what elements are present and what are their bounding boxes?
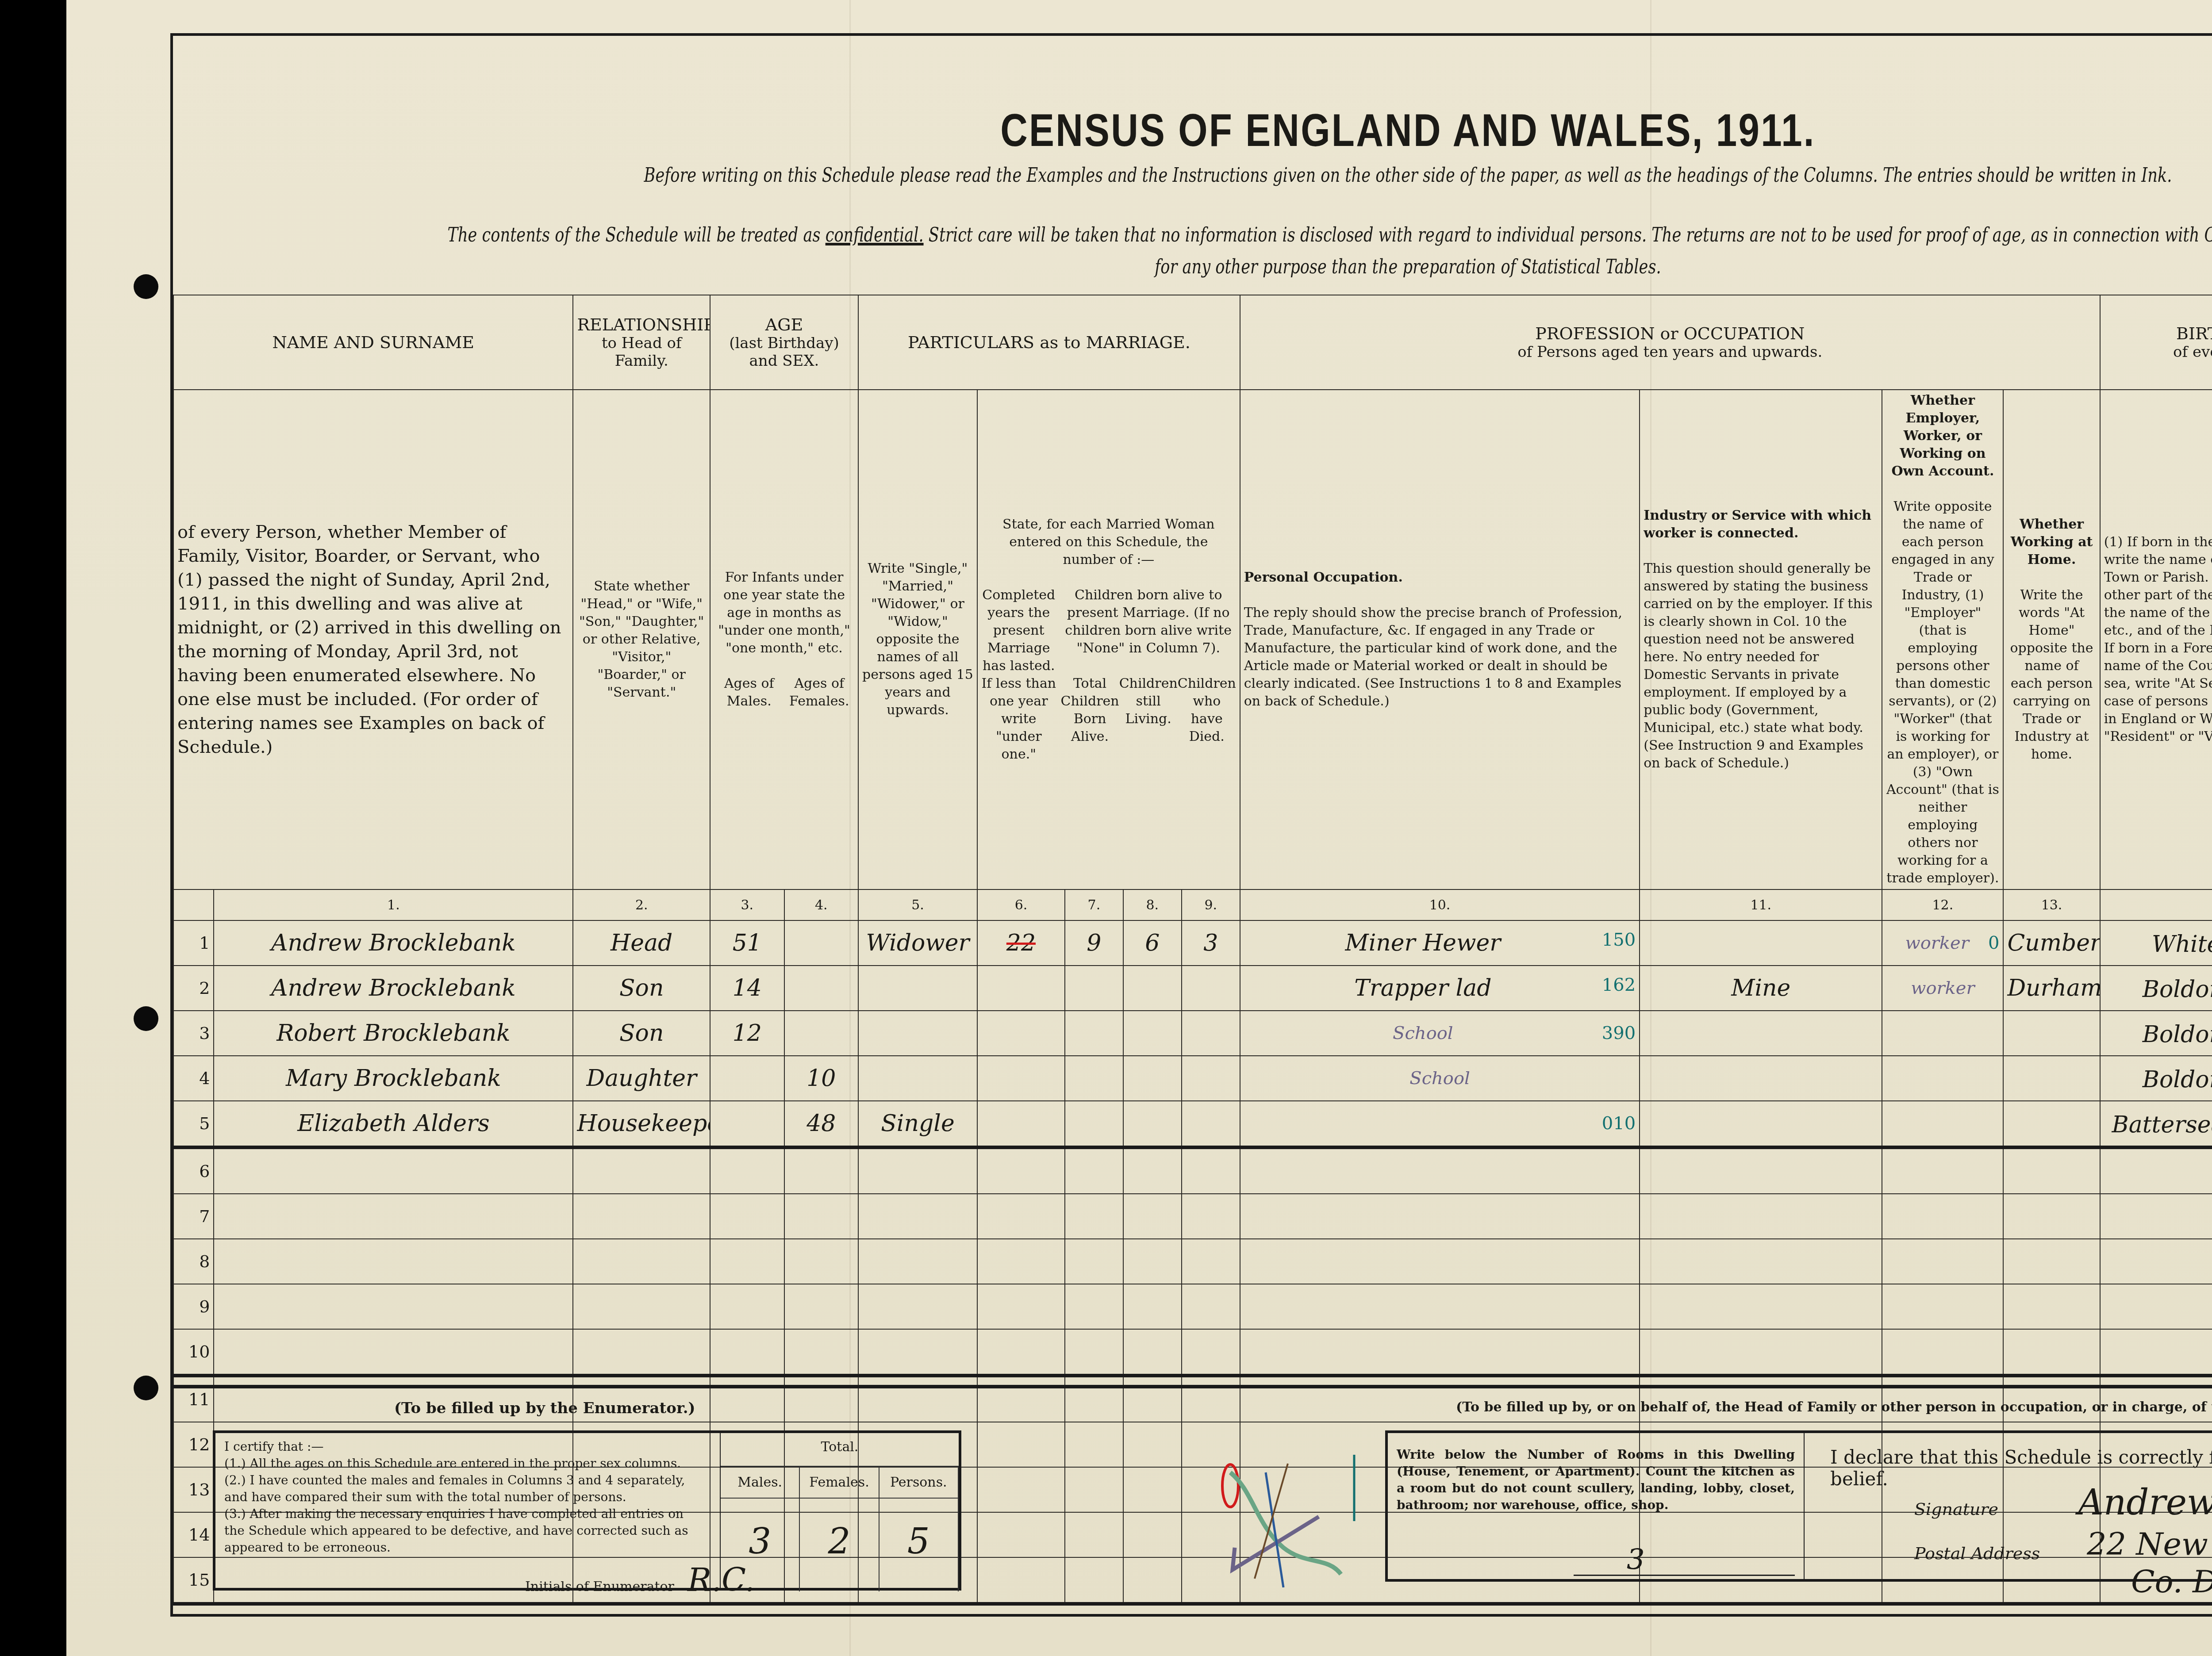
- cell-home: [2003, 1101, 2100, 1147]
- cell-age-m: [710, 1101, 784, 1147]
- header-marriage: PARTICULARS as to MARRIAGE.: [858, 295, 1240, 390]
- cell-born: [1065, 1147, 1123, 1194]
- row-number: 10: [173, 1329, 214, 1376]
- cell-name: [214, 1194, 573, 1239]
- cell-relationship: [573, 1329, 710, 1376]
- table-row: 8: [173, 1239, 2212, 1284]
- form-frame: CENSUS OF ENGLAND AND WALES, 1911. Befor…: [170, 33, 2212, 1617]
- punch-hole: [134, 1006, 158, 1031]
- cell-age-f: [784, 920, 858, 966]
- cell-age-m: 14: [710, 966, 784, 1011]
- cell-years: [977, 1239, 1065, 1284]
- cell-condition: Single: [858, 1101, 977, 1147]
- total-persons: 5: [879, 1499, 959, 1591]
- cell-died: [1182, 1011, 1240, 1056]
- instr-name: of every Person, whether Member of Famil…: [173, 390, 573, 889]
- row-number: 6: [173, 1147, 214, 1194]
- total-females: 2: [800, 1499, 879, 1591]
- cell-home: [2003, 1056, 2100, 1101]
- cell-died: [1182, 1329, 1240, 1376]
- total-males: 3: [721, 1499, 800, 1591]
- cell-died: [1182, 1239, 1240, 1284]
- cell-relationship: Son: [573, 1011, 710, 1056]
- enumerator-caption: (To be filled up by the Enumerator.): [394, 1399, 695, 1417]
- row-number: 9: [173, 1284, 214, 1329]
- cell-age-m: [710, 1239, 784, 1284]
- cell-occupation: 010: [1240, 1101, 1640, 1147]
- cell-born: [1065, 1194, 1123, 1239]
- instruction-line: Before writing on this Schedule please r…: [420, 164, 2212, 187]
- cell-name: Andrew Brocklebank: [214, 920, 573, 966]
- cell-age-m: 12: [710, 1011, 784, 1056]
- cell-occupation: [1240, 1239, 1640, 1284]
- instr-age: For Infants under one year state the age…: [710, 390, 858, 889]
- cell-condition: [858, 1147, 977, 1194]
- instr-relationship: State whether "Head," or "Wife," "Son," …: [573, 390, 710, 889]
- cell-living: [1123, 1101, 1182, 1147]
- rooms-value: 3: [1627, 1544, 1645, 1576]
- cell-name: Andrew Brocklebank: [214, 966, 573, 1011]
- cell-industry: [1640, 1239, 1882, 1284]
- cell-relationship: [573, 1194, 710, 1239]
- row-number: 7: [173, 1194, 214, 1239]
- cell-age-f: [784, 1194, 858, 1239]
- cell-industry: Mine: [1640, 966, 1882, 1011]
- punch-hole: [134, 274, 158, 299]
- cell-relationship: Son: [573, 966, 710, 1011]
- instr-home: Whether Working at Home.Write the words …: [2003, 390, 2100, 889]
- cell-condition: [858, 1329, 977, 1376]
- cell-name: [214, 1329, 573, 1376]
- cell-age-f: [784, 1284, 858, 1329]
- cell-home: Cumber: [2003, 920, 2100, 966]
- cell-home: Durham: [2003, 966, 2100, 1011]
- table-row: 6: [173, 1147, 2212, 1194]
- cell-name: Elizabeth Alders: [214, 1101, 573, 1147]
- cell-employer: worker: [1882, 966, 2003, 1011]
- cell-birthplace: Boldon Colliery: [2100, 1011, 2212, 1056]
- cell-industry: [1640, 1147, 1882, 1194]
- cell-condition: [858, 1239, 977, 1284]
- enumerator-box: I certify that :— (1.) All the ages on t…: [213, 1430, 961, 1591]
- cell-died: [1182, 1194, 1240, 1239]
- confidential-word: confidential.: [826, 224, 924, 246]
- cell-relationship: Head: [573, 920, 710, 966]
- cell-name: [214, 1239, 573, 1284]
- cell-employer: [1882, 1329, 2003, 1376]
- table-row: 1Andrew BrocklebankHead51Widower22963Min…: [173, 920, 2212, 966]
- signature-value: Andrew Brocklebank: [2078, 1482, 2212, 1523]
- cell-age-f: [784, 1239, 858, 1284]
- cell-birthplace: Battersea London170: [2100, 1101, 2212, 1147]
- row-number: 8: [173, 1239, 214, 1284]
- cell-age-m: [710, 1329, 784, 1376]
- cell-birthplace: [2100, 1194, 2212, 1239]
- cell-employer: [1882, 1284, 2003, 1329]
- page-title: CENSUS OF ENGLAND AND WALES, 1911.: [395, 104, 2212, 157]
- cell-birthplace: [2100, 1239, 2212, 1284]
- cell-birthplace: Boldon Colliery: [2100, 966, 2212, 1011]
- cell-born: [1065, 1011, 1123, 1056]
- cell-industry: [1640, 1284, 1882, 1329]
- cell-occupation: [1240, 1329, 1640, 1376]
- cell-age-m: [710, 1056, 784, 1101]
- table-row: 7: [173, 1194, 2212, 1239]
- rooms-section: Write below the Number of Rooms in this …: [1388, 1433, 1805, 1579]
- cell-living: [1123, 966, 1182, 1011]
- cell-living: [1123, 1194, 1182, 1239]
- checking-marks-icon: [1217, 1455, 1403, 1587]
- cell-relationship: [573, 1147, 710, 1194]
- cell-occupation: [1240, 1194, 1640, 1239]
- cell-birthplace: Boldon Colliery: [2100, 1056, 2212, 1101]
- cell-condition: [858, 966, 977, 1011]
- cell-occupation: [1240, 1284, 1640, 1329]
- cell-relationship: Housekeeper: [573, 1101, 710, 1147]
- cell-died: [1182, 1101, 1240, 1147]
- punch-hole: [134, 1376, 158, 1400]
- header-age: AGE(last Birthday) and SEX.: [710, 295, 858, 390]
- cell-years: [977, 1194, 1065, 1239]
- cell-years: [977, 1011, 1065, 1056]
- cell-birthplace: [2100, 1329, 2212, 1376]
- totals-box: Total. Males.Females.Persons. 325: [720, 1433, 959, 1588]
- row-number: 5: [173, 1101, 214, 1147]
- address-line2: Co. Durham.: [2131, 1564, 2212, 1600]
- cell-years: [977, 1284, 1065, 1329]
- cell-born: [1065, 1329, 1123, 1376]
- cell-name: [214, 1147, 573, 1194]
- cell-relationship: [573, 1284, 710, 1329]
- cell-age-f: [784, 1329, 858, 1376]
- cell-name: [214, 1284, 573, 1329]
- table-row: 10: [173, 1329, 2212, 1376]
- cell-relationship: Daughter: [573, 1056, 710, 1101]
- cell-birthplace: Whitehaven39: [2100, 920, 2212, 966]
- header-occupation: PROFESSION or OCCUPATIONof Persons aged …: [1240, 295, 2100, 390]
- cell-died: [1182, 1147, 1240, 1194]
- instr-condition: Write "Single," "Married," "Widower," or…: [858, 390, 977, 889]
- instr-industry: Industry or Service with which worker is…: [1640, 390, 1882, 889]
- cell-age-f: [784, 1011, 858, 1056]
- cell-living: [1123, 1147, 1182, 1194]
- cell-employer: [1882, 1147, 2003, 1194]
- cell-name: Robert Brocklebank: [214, 1011, 573, 1056]
- cell-home: [2003, 1284, 2100, 1329]
- cell-occupation: Miner Hewer150: [1240, 920, 1640, 966]
- cell-occupation: School: [1240, 1056, 1640, 1101]
- cell-years: [977, 1329, 1065, 1376]
- table-row: 5Elizabeth AldersHousekeeper48Single010B…: [173, 1101, 2212, 1147]
- household-caption: (To be filled up by, or on behalf of, th…: [1456, 1399, 2212, 1415]
- table-row: 4Mary BrocklebankDaughter10SchoolBoldon …: [173, 1056, 2212, 1101]
- declaration-section: I declare that this Schedule is correctl…: [1813, 1433, 2212, 1579]
- cell-died: [1182, 1056, 1240, 1101]
- instr-birthplace: (1) If born in the United Kingdom, write…: [2100, 390, 2212, 889]
- instr-married-woman: State, for each Married Woman entered on…: [977, 390, 1240, 889]
- cell-home: [2003, 1329, 2100, 1376]
- cell-living: [1123, 1011, 1182, 1056]
- cell-died: 3: [1182, 920, 1240, 966]
- row-number: 2: [173, 966, 214, 1011]
- cell-age-m: 51: [710, 920, 784, 966]
- cell-employer: [1882, 1101, 2003, 1147]
- cell-home: [2003, 1194, 2100, 1239]
- instr-employer: Whether Employer, Worker, or Working on …: [1882, 390, 2003, 889]
- address-line1: 22 New Street Boldon Colliery: [2087, 1526, 2212, 1562]
- cell-birthplace: [2100, 1147, 2212, 1194]
- cell-age-f: [784, 966, 858, 1011]
- cell-birthplace: [2100, 1284, 2212, 1329]
- bottom-section: (To be filled up by the Enumerator.) I c…: [173, 1385, 2212, 1623]
- cell-occupation: [1240, 1147, 1640, 1194]
- cell-employer: [1882, 1056, 2003, 1101]
- cell-home: [2003, 1239, 2100, 1284]
- cell-employer: worker0: [1882, 920, 2003, 966]
- cell-born: 9: [1065, 920, 1123, 966]
- cell-years: 22: [977, 920, 1065, 966]
- cell-born: [1065, 1239, 1123, 1284]
- cell-died: [1182, 966, 1240, 1011]
- cell-condition: [858, 1011, 977, 1056]
- cell-born: [1065, 1101, 1123, 1147]
- table-row: 2Andrew BrocklebankSon14Trapper lad162Mi…: [173, 966, 2212, 1011]
- cell-age-f: [784, 1147, 858, 1194]
- cell-born: [1065, 1056, 1123, 1101]
- cell-name: Mary Brocklebank: [214, 1056, 573, 1101]
- table-row: 3Robert BrocklebankSon12School390Boldon …: [173, 1011, 2212, 1056]
- cell-years: [977, 1147, 1065, 1194]
- cell-industry: [1640, 1011, 1882, 1056]
- cell-born: [1065, 1284, 1123, 1329]
- cell-age-f: 10: [784, 1056, 858, 1101]
- cell-born: [1065, 966, 1123, 1011]
- cell-living: [1123, 1056, 1182, 1101]
- cell-condition: [858, 1056, 977, 1101]
- cell-years: [977, 1101, 1065, 1147]
- cell-living: [1123, 1239, 1182, 1284]
- cell-living: 6: [1123, 920, 1182, 966]
- cell-home: [2003, 1011, 2100, 1056]
- cell-age-m: [710, 1284, 784, 1329]
- cell-industry: [1640, 1194, 1882, 1239]
- cell-industry: [1640, 920, 1882, 966]
- household-box: Write below the Number of Rooms in this …: [1385, 1430, 2212, 1582]
- cell-occupation: Trapper lad162: [1240, 966, 1640, 1011]
- table-row: 9: [173, 1284, 2212, 1329]
- cell-relationship: [573, 1239, 710, 1284]
- cell-years: [977, 1056, 1065, 1101]
- header-name: NAME AND SURNAME: [173, 295, 573, 390]
- row-number: 4: [173, 1056, 214, 1101]
- cell-age-f: 48: [784, 1101, 858, 1147]
- confidential-note: The contents of the Schedule will be tre…: [441, 219, 2212, 283]
- cell-age-m: [710, 1147, 784, 1194]
- cell-employer: [1882, 1011, 2003, 1056]
- header-relationship: RELATIONSHIPto Head of Family.: [573, 295, 710, 390]
- cell-age-m: [710, 1194, 784, 1239]
- instr-personal-occupation: Personal Occupation.The reply should sho…: [1240, 390, 1640, 889]
- cell-industry: [1640, 1056, 1882, 1101]
- row-number: 1: [173, 920, 214, 966]
- cell-employer: [1882, 1239, 2003, 1284]
- cell-years: [977, 966, 1065, 1011]
- cell-employer: [1882, 1194, 2003, 1239]
- cell-industry: [1640, 1101, 1882, 1147]
- header-birthplace: BIRTHPLACEof every person.: [2100, 295, 2212, 390]
- column-number-row: 1.2.3.4. 5.6.7.8.9. 10.11.12.13. 14.15.1…: [173, 889, 2212, 920]
- cell-living: [1123, 1329, 1182, 1376]
- cell-condition: Widower: [858, 920, 977, 966]
- row-number: 3: [173, 1011, 214, 1056]
- header-row: NAME AND SURNAME RELATIONSHIPto Head of …: [173, 295, 2212, 390]
- cell-home: [2003, 1147, 2100, 1194]
- cell-industry: [1640, 1329, 1882, 1376]
- instruction-row: of every Person, whether Member of Famil…: [173, 390, 2212, 889]
- cell-condition: [858, 1284, 977, 1329]
- cell-living: [1123, 1284, 1182, 1329]
- cell-occupation: School390: [1240, 1011, 1640, 1056]
- cell-condition: [858, 1194, 977, 1239]
- cell-died: [1182, 1284, 1240, 1329]
